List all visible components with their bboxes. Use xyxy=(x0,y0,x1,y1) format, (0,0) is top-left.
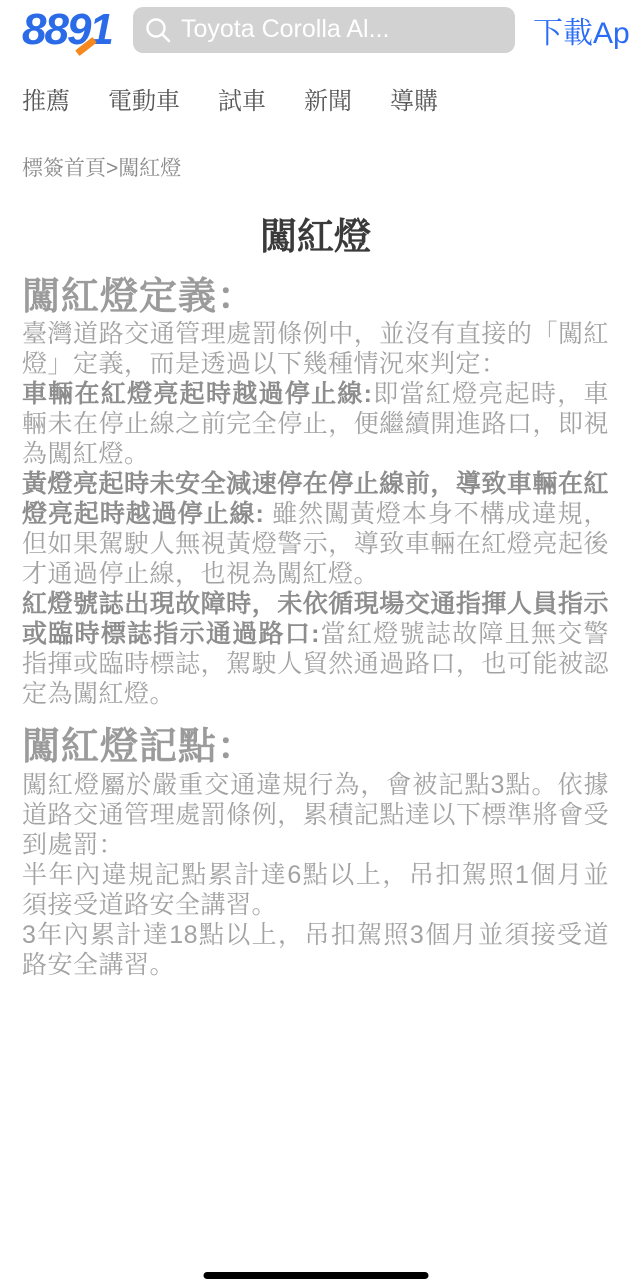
points-intro-paragraph: 闖紅燈屬於嚴重交通違規行為，會被記點3點。依據道路交通管理處罰條例，累積記點達以… xyxy=(22,770,609,860)
search-input[interactable] xyxy=(179,14,505,45)
definition-intro-paragraph: 臺灣道路交通管理處罰條例中，並沒有直接的「闖紅燈」定義，而是透過以下幾種情況來判… xyxy=(22,319,609,379)
section-heading-definition: 闖紅燈定義： xyxy=(22,275,609,320)
nav-item-recommend[interactable]: 推薦 xyxy=(22,81,70,116)
download-app-link[interactable]: 下載App xyxy=(533,8,631,52)
search-icon xyxy=(143,15,173,45)
logo-text: 8891 xyxy=(22,5,112,54)
section-heading-demerit-points: 闖紅燈記點： xyxy=(22,725,609,770)
points-rule-18-points: 3年內累計達18點以上，吊扣駕照3個月並須接受道路安全講習。 xyxy=(22,920,609,980)
breadcrumb-current: 闖紅燈 xyxy=(118,157,181,180)
search-bar[interactable] xyxy=(133,7,515,53)
paragraph-body: 臺灣道路交通管理處罰條例中，並沒有直接的「闖紅燈」定義，而是透過以下幾種情況來判… xyxy=(22,320,609,378)
article-title: 闖紅燈 xyxy=(22,216,609,259)
breadcrumb: 標簽首頁>闖紅燈 xyxy=(22,152,609,182)
nav-item-shopping-guide[interactable]: 導購 xyxy=(390,81,438,116)
nav-item-test-drive[interactable]: 試車 xyxy=(218,81,266,116)
breadcrumb-home-link[interactable]: 標簽首頁 xyxy=(22,157,106,180)
header: 8891 下載App xyxy=(22,0,609,50)
nav-item-ev[interactable]: 電動車 xyxy=(108,81,180,116)
definition-item-1: 車輛在紅燈亮起時越過停止線:即當紅燈亮起時，車輛未在停止線之前完全停止，便繼續開… xyxy=(22,379,609,469)
home-indicator[interactable] xyxy=(203,1272,428,1279)
paragraph-body: 闖紅燈屬於嚴重交通違規行為，會被記點3點。依據道路交通管理處罰條例，累積記點達以… xyxy=(22,771,609,859)
nav-tabs: 推薦 電動車 試車 新聞 導購 xyxy=(22,81,609,116)
page: 8891 下載App 推薦 電動車 試車 新聞 導購 標簽首頁 xyxy=(0,0,631,1280)
paragraph-lead: 車輛在紅燈亮起時越過停止線: xyxy=(22,380,372,408)
points-rule-6-points: 半年內違規記點累計達6點以上，吊扣駕照1個月並須接受道路安全講習。 xyxy=(22,860,609,920)
paragraph-body: 半年內違規記點累計達6點以上，吊扣駕照1個月並須接受道路安全講習。 xyxy=(22,861,609,919)
paragraph-body: 3年內累計達18點以上，吊扣駕照3個月並須接受道路安全講習。 xyxy=(22,921,609,979)
definition-item-2: 黃燈亮起時未安全減速停在停止線前，導致車輛在紅燈亮起時越過停止線: 雖然闖黃燈本… xyxy=(22,469,609,589)
breadcrumb-separator: > xyxy=(106,157,118,180)
nav-item-news[interactable]: 新聞 xyxy=(304,81,352,116)
definition-item-3: 紅燈號誌出現故障時，未依循現場交通指揮人員指示或臨時標誌指示通過路口:當紅燈號誌… xyxy=(22,589,609,709)
logo-8891[interactable]: 8891 xyxy=(22,8,130,52)
